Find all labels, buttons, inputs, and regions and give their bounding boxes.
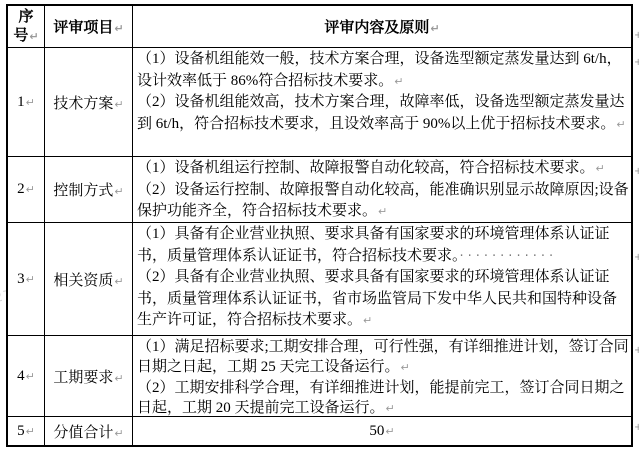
seq-number: 5 [17, 423, 25, 439]
revision-dotted-mark: ············ [460, 249, 558, 264]
table-row: 5↵ 分值合计↵ 50↵ [8, 416, 631, 445]
return-mark: ↵ [596, 162, 605, 175]
content-cell[interactable]: （1）具备有企业营业执照、要求具备有国家要求的环境管理体系认证证书，质量管理体系… [132, 223, 631, 335]
return-mark: ↵ [114, 275, 123, 288]
return-mark: ↵ [29, 30, 38, 43]
item-cell[interactable]: 技术方案↵ [44, 48, 132, 156]
return-mark: ↵ [26, 183, 35, 196]
item-label: 分值合计 [53, 425, 113, 441]
header-cell-content: 评审内容及原则↵ [132, 6, 631, 47]
paragraph-text: （1）设备机组能效一般，技术方案合理，设备选型额定蒸发量达到 6t/h，设计效率… [137, 51, 622, 89]
item-cell[interactable]: 分值合计↵ [44, 417, 132, 445]
seq-cell[interactable]: 5↵ [8, 417, 44, 445]
return-mark: ↵ [26, 273, 35, 286]
document-page: { "table": { "header": { "seq": "序\n号", … [0, 0, 639, 450]
return-mark: ↵ [26, 425, 35, 438]
table-row: 2↵ 控制方式↵ （1）设备机组运行控制、故障报警自动化较高，符合招标技术要求。… [8, 156, 631, 222]
seq-number: 1 [17, 94, 25, 110]
header-cell-item: 评审项目↵ [44, 6, 132, 47]
seq-number: 2 [17, 181, 25, 197]
return-mark: ↵ [114, 185, 123, 198]
table-row: 1↵ 技术方案↵ （1）设备机组能效一般，技术方案合理，设备选型额定蒸发量达到 … [8, 47, 631, 156]
seq-number: 4 [17, 368, 25, 384]
return-mark: ↵ [386, 402, 395, 415]
return-mark: ↵ [114, 427, 123, 440]
total-score-value: 50 [369, 423, 384, 439]
seq-cell[interactable]: 4↵ [8, 336, 44, 416]
return-mark: ↵ [114, 372, 123, 385]
content-cell[interactable]: （1）设备机组能效一般，技术方案合理，设备选型额定蒸发量达到 6t/h，设计效率… [132, 48, 631, 156]
return-mark: ↵ [378, 205, 387, 218]
paragraph-text: （2）工期安排科学合理，有详细推进计划，能提前完工，签订合同日期之日起，工期 2… [137, 380, 625, 416]
total-score-cell[interactable]: 50↵ [132, 417, 631, 445]
paragraph-text: （1）满足招标要求;工期安排合理，可行性强，有详细推进计划，签订合同日期之日起，… [137, 339, 629, 375]
item-cell[interactable]: 控制方式↵ [44, 157, 132, 222]
evaluation-criteria-table: 序 号↵ 评审项目↵ 评审内容及原则↵ 1↵ 技术方案↵ （1）设备机组能效一般… [6, 4, 633, 447]
table-row: 3↵ 相关资质↵ （1）具备有企业营业执照、要求具备有国家要求的环境管理体系认证… [8, 222, 631, 335]
table-header-row: 序 号↵ 评审项目↵ 评审内容及原则↵ [8, 6, 631, 47]
header-cell-seq: 序 号↵ [8, 6, 44, 47]
return-mark: ↵ [363, 314, 372, 327]
return-mark: ↵ [26, 370, 35, 383]
item-cell[interactable]: 相关资质↵ [44, 223, 132, 335]
item-label: 相关资质 [53, 273, 113, 289]
return-mark: ↵ [401, 361, 410, 374]
return-mark: ↵ [616, 118, 625, 131]
content-cell[interactable]: （1）设备机组运行控制、故障报警自动化较高，符合招标技术要求。↵ （2）设备运行… [132, 157, 631, 222]
paragraph-text: （2）设备机组能效高，技术方案合理，故障率低，设备选型额定蒸发量达到 6t/h，… [137, 94, 625, 132]
return-mark: ↵ [394, 75, 403, 88]
row-end-mark: + [634, 422, 639, 433]
row-end-mark: + [634, 252, 639, 263]
row-end-mark: + [634, 30, 639, 41]
table-row: 4↵ 工期要求↵ （1）满足招标要求;工期安排合理，可行性强，有详细推进计划，签… [8, 335, 631, 416]
row-end-mark: + [634, 345, 639, 356]
return-mark: ↵ [114, 98, 123, 111]
item-label: 控制方式 [53, 183, 113, 199]
return-mark: ↵ [430, 22, 439, 35]
seq-number: 3 [17, 271, 25, 287]
header-item-label: 评审项目 [53, 20, 113, 36]
row-end-mark: + [634, 57, 639, 68]
seq-cell[interactable]: 1↵ [8, 48, 44, 156]
header-content-label: 评审内容及原则 [324, 20, 429, 36]
item-label: 技术方案 [53, 96, 113, 112]
seq-cell[interactable]: 2↵ [8, 157, 44, 222]
seq-cell[interactable]: 3↵ [8, 223, 44, 335]
return-mark: ↵ [114, 22, 123, 35]
paragraph-text: （1）设备机组运行控制、故障报警自动化较高，符合招标技术要求。 [137, 160, 595, 176]
return-mark: ↵ [385, 425, 394, 438]
paragraph-text: （2）具备有企业营业执照、要求具备有国家要求的环境管理体系认证证书，质量管理体系… [137, 269, 617, 328]
content-cell[interactable]: （1）满足招标要求;工期安排合理，可行性强，有详细推进计划，签订合同日期之日起，… [132, 336, 631, 416]
item-cell[interactable]: 工期要求↵ [44, 336, 132, 416]
return-mark: ↵ [26, 96, 35, 109]
item-label: 工期要求 [53, 370, 113, 386]
row-end-mark: + [634, 166, 639, 177]
